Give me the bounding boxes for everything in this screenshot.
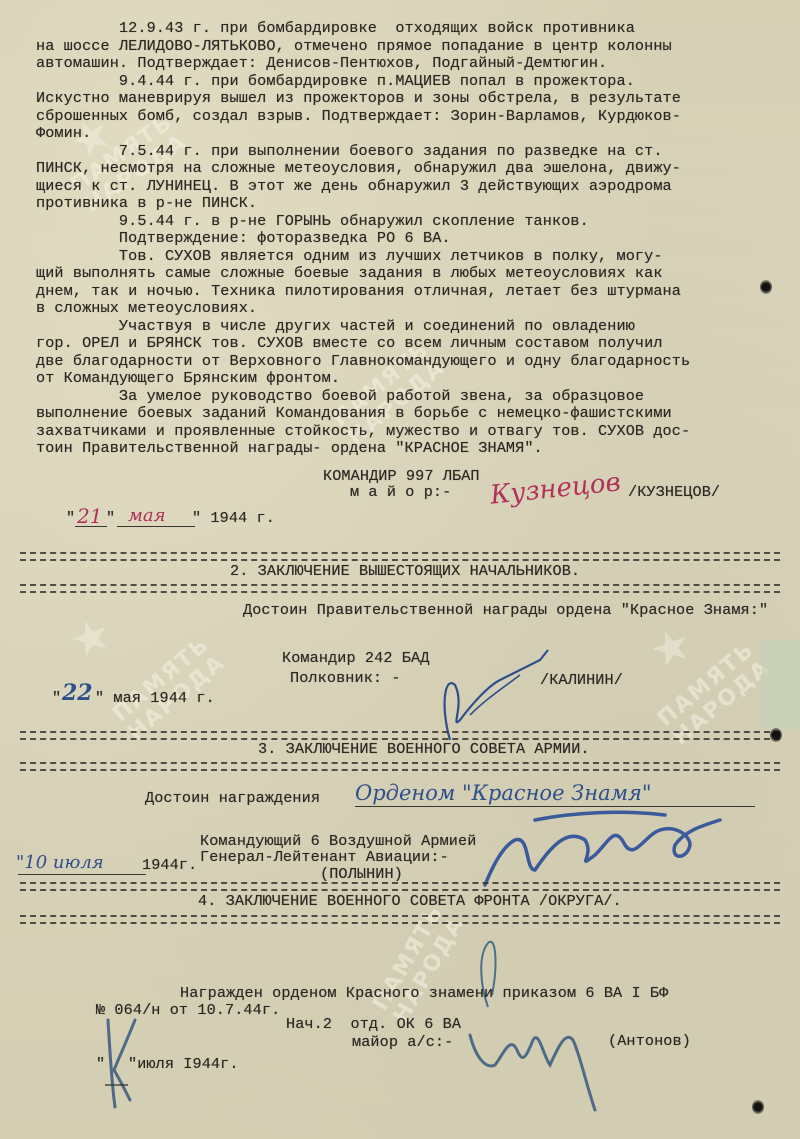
section2-conclusion: Достоин Правительственной награды ордена…: [243, 602, 768, 619]
section3-signature: [475, 800, 735, 890]
body-text-line: 9.4.44 г. при бомбардировке п.МАЦИЕВ поп…: [36, 73, 635, 90]
body-text-line: две благодарности от Верховного Главноко…: [36, 353, 690, 370]
section3-rank: Генерал-Лейтенант Авиации:-: [200, 849, 449, 866]
body-text-line: выполнение боевых заданий Командования в…: [36, 405, 672, 422]
body-text-line: 12.9.43 г. при бомбардировке отходящих в…: [36, 20, 635, 37]
section3-name: (ПОЛЫНИН): [320, 866, 403, 883]
separator-line: [20, 882, 780, 891]
section2-signature: [430, 645, 560, 745]
section3-heading: 3. ЗАКЛЮЧЕНИЕ ВОЕННОГО СОВЕТА АРМИИ.: [258, 741, 590, 758]
section4-signature: [455, 1010, 625, 1120]
punch-hole: [770, 728, 782, 742]
body-text-line: Фомин.: [36, 125, 91, 142]
punch-hole: [760, 280, 772, 294]
award-note-line1: Награжден орденом Красного знамени прика…: [180, 985, 668, 1002]
section3-conclusion-typed: Достоин награждения: [145, 790, 320, 807]
date-underline: [75, 526, 107, 527]
body-text-line: щиеся к ст. ЛУНИНЕЦ. В этот же день обна…: [36, 178, 672, 195]
body-text-line: сброшенных бомб, создал взрыв. Подтвержд…: [36, 108, 681, 125]
body-text-line: автомашин. Подтверждает: Денисов-Пентюхо…: [36, 55, 607, 72]
body-text-line: днем, так и ночью. Техника пилотирования…: [36, 283, 681, 300]
body-text-line: тоин Правительственной награды- ордена "…: [36, 440, 543, 457]
paper-stain: [762, 640, 800, 730]
section2-date-day: 22: [62, 680, 93, 706]
separator-line: [20, 552, 780, 561]
date-quote: ": [66, 510, 75, 527]
separator-line: [20, 584, 780, 593]
body-text-line: 9.5.44 г. в р-не ГОРЫНЬ обнаружил скопле…: [36, 213, 589, 230]
date-quote: ": [96, 1056, 105, 1073]
body-text-line: на шоссе ЛЕЛИДОВО-ЛЯТЬКОВО, отмечено пря…: [36, 38, 672, 55]
body-text-line: щий выполнять самые сложные боевые задан…: [36, 265, 663, 282]
section2-title: Командир 242 БАД: [282, 650, 429, 667]
section4-heading: 4. ЗАКЛЮЧЕНИЕ ВОЕННОГО СОВЕТА ФРОНТА /ОК…: [198, 893, 622, 910]
body-text-line: Участвуя в числе других частей и соедине…: [36, 318, 635, 335]
body-text-line: в сложных метеоусловиях.: [36, 300, 257, 317]
section2-name: /КАЛИНИН/: [540, 672, 623, 689]
date-underline: [117, 526, 195, 527]
body-text-line: захватчиками и проявленные стойкость, му…: [36, 423, 690, 440]
commander-signature: Кузнецов: [489, 467, 622, 511]
section3-date-year: 1944г.: [142, 857, 197, 874]
date-underline: [18, 874, 146, 875]
body-text-line: Подтверждение: фоторазведка РО 6 ВА.: [36, 230, 451, 247]
separator-line: [20, 915, 780, 924]
commander-name: /КУЗНЕЦОВ/: [628, 484, 720, 501]
section4-title: Нач.2 отд. ОК 6 ВА: [286, 1016, 461, 1033]
body-text-line: гор. ОРЕЛ и БРЯНСК тов. СУХОВ вместе со …: [36, 335, 663, 352]
watermark-star-icon: ★: [642, 615, 699, 680]
section4-date: "июля I944г.: [128, 1056, 239, 1073]
body-text-line: Тов. СУХОВ является одним из лучших летч…: [36, 248, 663, 265]
separator-line: [20, 731, 780, 740]
commander-rank: м а й о р:-: [350, 484, 451, 501]
date-quote: ": [106, 510, 115, 527]
date-year: " 1944 г.: [192, 510, 275, 527]
body-text-line: ПИНСК, несмотря на сложные метеоусловия,…: [36, 160, 681, 177]
separator-line: [20, 762, 780, 771]
body-text-line: противника в р-не ПИНСК.: [36, 195, 257, 212]
section4-rank: майор а/с:-: [352, 1034, 453, 1051]
body-text-line: от Командующего Брянским фронтом.: [36, 370, 340, 387]
section2-rank: Полковник: -: [290, 670, 401, 687]
watermark-star-icon: ★: [62, 605, 119, 670]
section4-name: (Антонов): [608, 1033, 691, 1050]
date-day: 21: [77, 504, 102, 528]
section3-date-handwritten: "10 июля: [16, 852, 104, 873]
date-quote: ": [52, 690, 61, 707]
section2-date: " мая 1944 г.: [95, 690, 215, 707]
document-page: ★ ПАМЯТЬ НАРОДА ПАМЯТЬ НАРОДА ★ ПАМЯТЬ Н…: [0, 0, 800, 1139]
body-text-line: Искустно маневрируя вышел из прожекторов…: [36, 90, 681, 107]
punch-hole: [752, 1100, 764, 1114]
section2-heading: 2. ЗАКЛЮЧЕНИЕ ВЫШЕСТОЯЩИХ НАЧАЛЬНИКОВ.: [230, 563, 580, 580]
date-month: мая: [128, 505, 166, 526]
body-text-line: За умелое руководство боевой работой зве…: [36, 388, 644, 405]
body-text-line: 7.5.44 г. при выполнении боевого задания…: [36, 143, 663, 160]
